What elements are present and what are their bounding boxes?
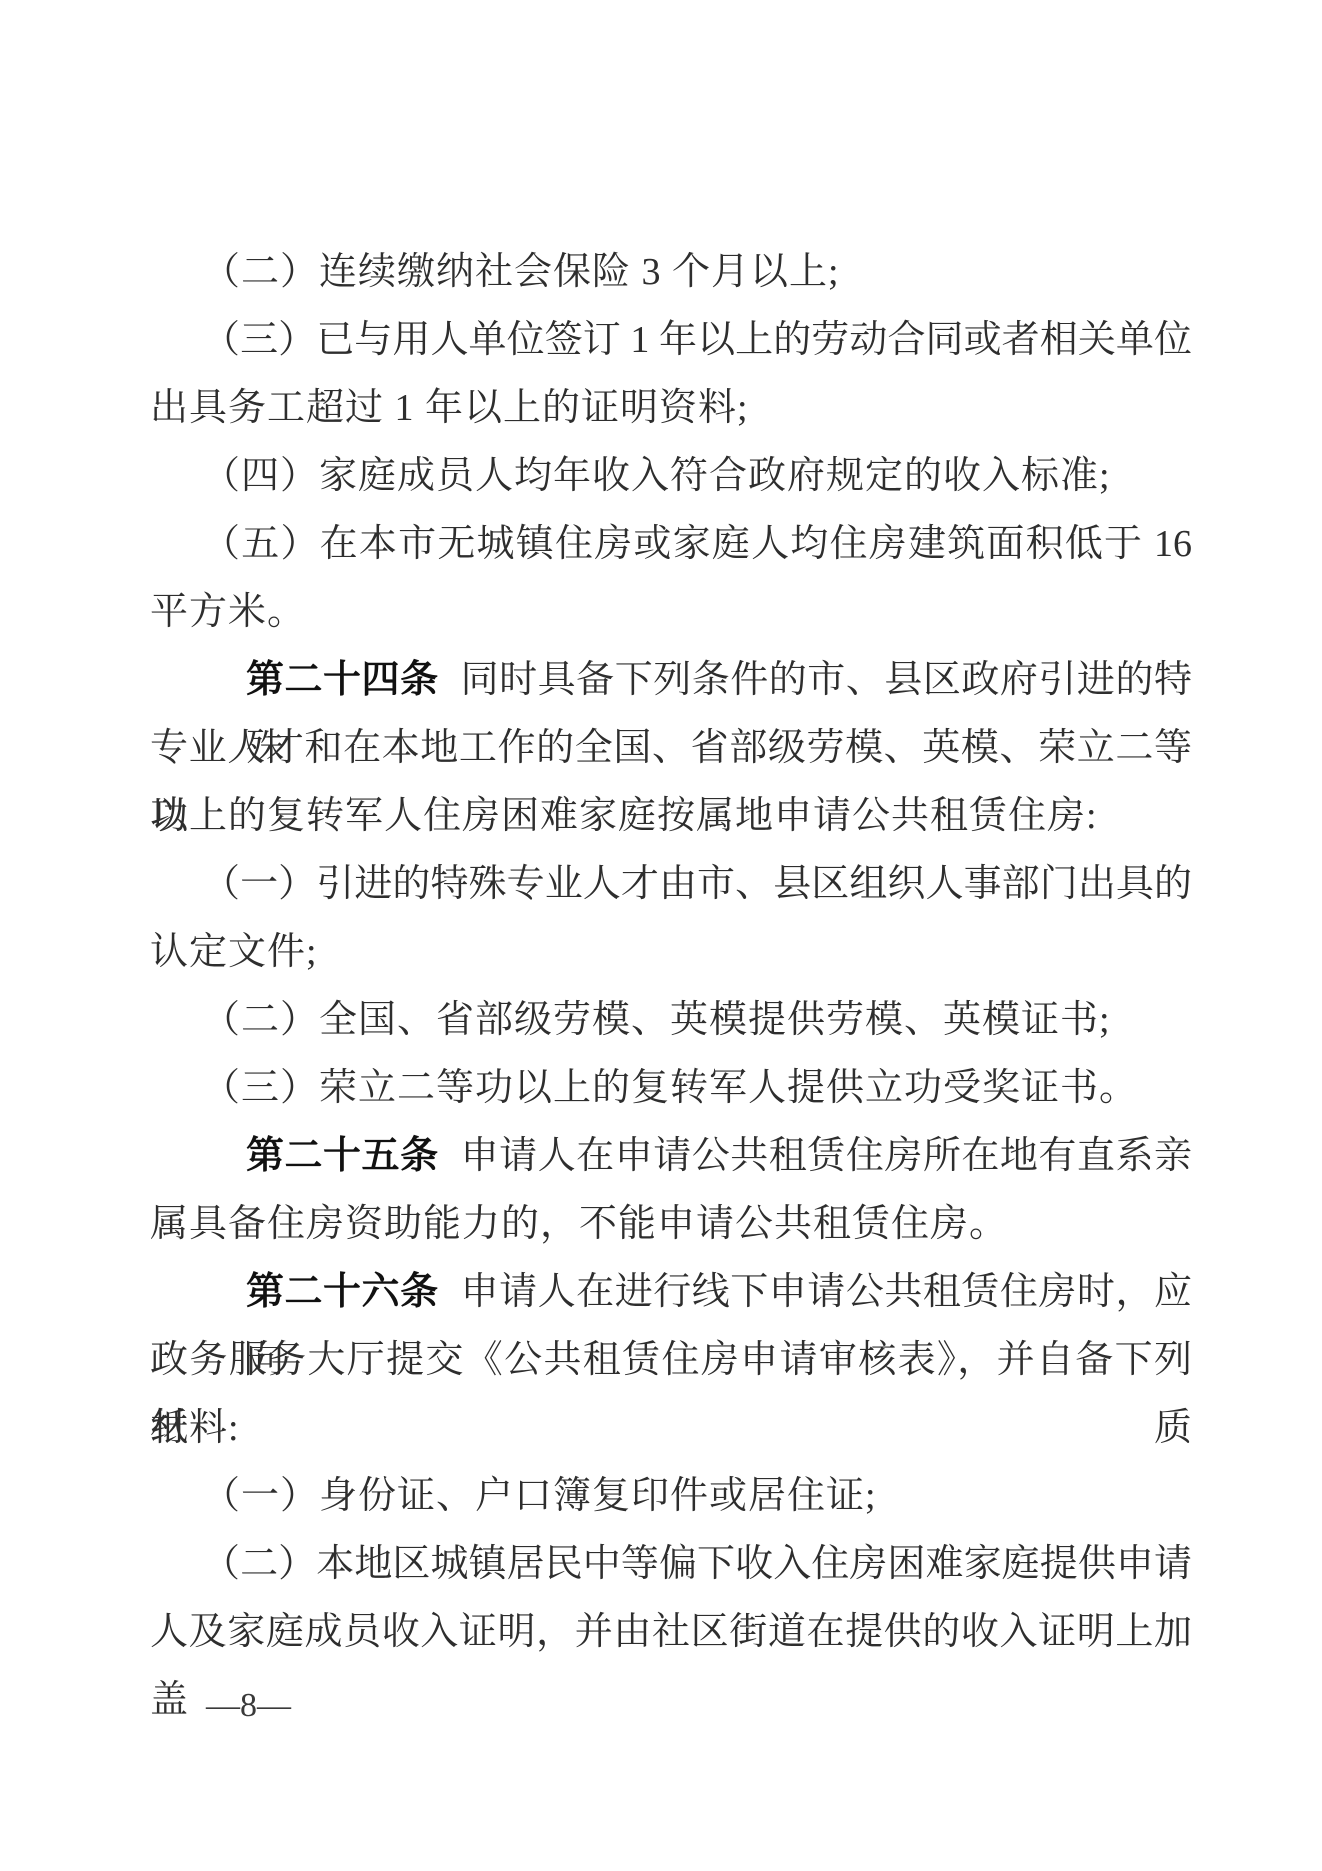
article-number: 第二十六条	[246, 1271, 439, 1313]
text-line: 属具备住房资助能力的，不能申请公共租赁住房。	[150, 1190, 1192, 1258]
text-line: 政务服务大厅提交《公共租赁住房申请审核表》，并自备下列纸质	[150, 1326, 1192, 1394]
text-line: （二）连续缴纳社会保险 3 个月以上;	[150, 238, 1192, 306]
text-line: 出具务工超过 1 年以上的证明资料;	[150, 374, 1192, 442]
text-line: （三）已与用人单位签订 1 年以上的劳动合同或者相关单位	[150, 306, 1192, 374]
line-text: （三）已与用人单位签订 1 年以上的劳动合同或者相关单位	[202, 319, 1192, 361]
document-page: （二）连续缴纳社会保险 3 个月以上;（三）已与用人单位签订 1 年以上的劳动合…	[0, 0, 1322, 1871]
line-text: （二）连续缴纳社会保险 3 个月以上;	[202, 251, 840, 293]
text-line: 平方米。	[150, 578, 1192, 646]
line-text: （三）荣立二等功以上的复转军人提供立功受奖证书。	[202, 1067, 1138, 1109]
line-text: （五）在本市无城镇住房或家庭人均住房建筑面积低于 16	[202, 523, 1192, 565]
text-line: （一）引进的特殊专业人才由市、县区组织人事部门出具的	[150, 850, 1192, 918]
line-text: 认定文件;	[150, 931, 318, 973]
line-text: （四）家庭成员人均年收入符合政府规定的收入标准;	[202, 455, 1111, 497]
line-text: 材料:	[150, 1407, 240, 1449]
text-line: 第二十五条申请人在申请公共租赁住房所在地有直系亲	[150, 1122, 1192, 1190]
document-body: （二）连续缴纳社会保险 3 个月以上;（三）已与用人单位签订 1 年以上的劳动合…	[150, 238, 1192, 1666]
text-line: （二）本地区城镇居民中等偏下收入住房困难家庭提供申请	[150, 1530, 1192, 1598]
text-line: （四）家庭成员人均年收入符合政府规定的收入标准;	[150, 442, 1192, 510]
line-text: 以上的复转军人住房困难家庭按属地申请公共租赁住房:	[150, 795, 1098, 837]
line-text: 申请人在申请公共租赁住房所在地有直系亲	[461, 1135, 1192, 1177]
page-number: —8—	[206, 1682, 291, 1730]
line-text: 平方米。	[150, 591, 306, 633]
line-text: （一）身份证、户口簿复印件或居住证;	[202, 1475, 877, 1517]
text-line: 第二十四条同时具备下列条件的市、县区政府引进的特殊	[150, 646, 1192, 714]
line-text: 属具备住房资助能力的，不能申请公共租赁住房。	[150, 1203, 1008, 1245]
text-line: 人及家庭成员收入证明，并由社区街道在提供的收入证明上加盖	[150, 1598, 1192, 1666]
text-line: （二）全国、省部级劳模、英模提供劳模、英模证书;	[150, 986, 1192, 1054]
line-text: （二）全国、省部级劳模、英模提供劳模、英模证书;	[202, 999, 1111, 1041]
line-text: 人及家庭成员收入证明，并由社区街道在提供的收入证明上加盖	[150, 1611, 1192, 1721]
text-line: 以上的复转军人住房困难家庭按属地申请公共租赁住房:	[150, 782, 1192, 850]
text-line: 专业人才和在本地工作的全国、省部级劳模、英模、荣立二等功	[150, 714, 1192, 782]
line-text: 出具务工超过 1 年以上的证明资料;	[150, 387, 749, 429]
text-line: （三）荣立二等功以上的复转军人提供立功受奖证书。	[150, 1054, 1192, 1122]
line-text: （二）本地区城镇居民中等偏下收入住房困难家庭提供申请	[202, 1543, 1192, 1585]
text-line: 认定文件;	[150, 918, 1192, 986]
text-line: （五）在本市无城镇住房或家庭人均住房建筑面积低于 16	[150, 510, 1192, 578]
line-text: 政务服务大厅提交《公共租赁住房申请审核表》，并自备下列纸质	[150, 1339, 1192, 1449]
text-line: 第二十六条申请人在进行线下申请公共租赁住房时，应向	[150, 1258, 1192, 1326]
article-number: 第二十四条	[246, 659, 439, 701]
article-number: 第二十五条	[246, 1135, 439, 1177]
text-line: （一）身份证、户口簿复印件或居住证;	[150, 1462, 1192, 1530]
line-text: （一）引进的特殊专业人才由市、县区组织人事部门出具的	[202, 863, 1192, 905]
